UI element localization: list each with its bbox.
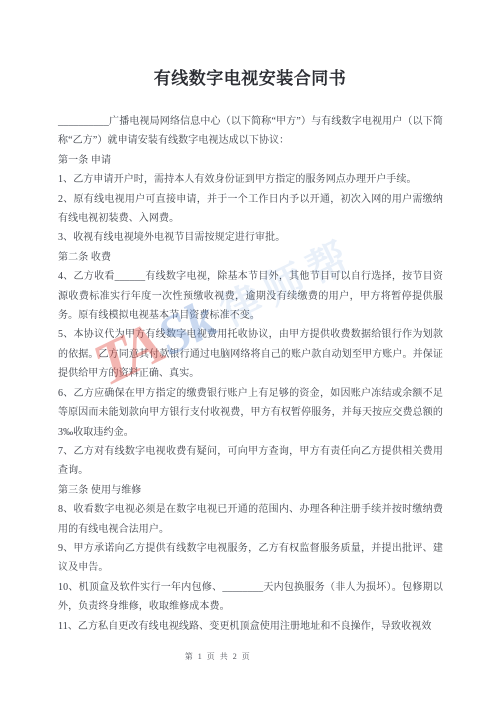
clause-10: 10、机顶盒及软件实行一年内包修、________天内包换服务（非人为损坏）。包… (58, 578, 443, 617)
section-heading-2: 第二条 收费 (58, 248, 443, 267)
intro-paragraph: __________广播电视局网络信息中心（以下简称“甲方”）与有线数字电视用户… (58, 112, 443, 151)
clause-11: 11、乙方私自更改有线电视线路、变更机顶盒使用注册地址和不良操作，导致收视效 (58, 617, 443, 636)
clause-2: 2、原有线电视用户可直接申请，并于一个工作日内予以开通，初次入网的用户需缴纳有线… (58, 190, 443, 229)
clause-4: 4、乙方收看______有线数字电视，除基本节目外，其他节目可以自行选择，按节目… (58, 267, 443, 325)
document-title: 有线数字电视安装合同书 (0, 64, 500, 89)
clause-5: 5、本协议代为甲方有线数字电视费用托收协议，由甲方提供收费数据给银行作为划款的依… (58, 325, 443, 383)
clause-6: 6、乙方应确保在甲方指定的缴费银行账户上有足够的资金，如因账户冻结或余额不足等原… (58, 384, 443, 442)
clause-3: 3、收视有线电视境外电视节目需按规定进行审批。 (58, 228, 443, 247)
section-heading-3: 第三条 使用与维修 (58, 481, 443, 500)
clause-1: 1、乙方申请开户时，需持本人有效身份证到甲方指定的服务网点办理开户手续。 (58, 170, 443, 189)
page-footer: 第 1 页 共 2 页 (0, 651, 436, 662)
clause-8: 8、收看数字电视必须是在数字电视已开通的范围内、办理各种注册手续并按时缴纳费用的… (58, 500, 443, 539)
clause-7: 7、乙方对有线数字电视收费有疑问，可向甲方查询，甲方有责任向乙方提供相关费用查询… (58, 442, 443, 481)
clause-9: 9、甲方承诺向乙方提供有线数字电视服务，乙方有权监督服务质量，并提出批评、建议及… (58, 539, 443, 578)
contract-body: __________广播电视局网络信息中心（以下简称“甲方”）与有线数字电视用户… (58, 112, 443, 636)
section-heading-1: 第一条 申请 (58, 151, 443, 170)
contract-page: TA Sk 律师帮 有线数字电视安装合同书 __________广播电视局网络信… (0, 0, 500, 706)
